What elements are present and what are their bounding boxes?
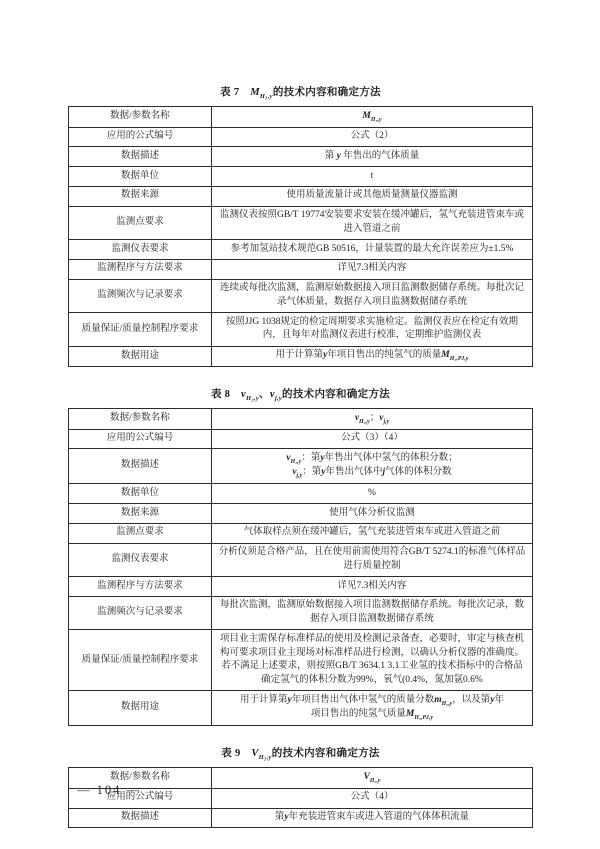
page-content: 表 7 MH₂,y的技术内容和确定方法数据/参数名称MH₂,y应用的公式编号公式… bbox=[0, 0, 600, 828]
math-variable: mH₂,y bbox=[434, 695, 452, 705]
row-value: 监测仪表按照GB/T 19774安装要求安装在缓冲罐后，氢气充装进管束车或进入管… bbox=[212, 206, 533, 240]
value-line: 每批次监测，监测原始数据接入项目监测数据储存系统。每批次记录，数据存入项目监测数… bbox=[217, 599, 527, 627]
math-variable: vj,y bbox=[292, 467, 302, 477]
row-label: 监测仪表要求 bbox=[69, 240, 212, 260]
table-row: 数据描述第 y 年售出的气体质量 bbox=[69, 147, 533, 167]
math-subscript: H₂,y bbox=[246, 395, 259, 402]
math-subscript: H₂,PJ,y bbox=[450, 356, 469, 362]
row-value: 公式（4） bbox=[212, 788, 533, 808]
math-variable: y bbox=[321, 467, 325, 477]
row-label: 监测频次与记录要求 bbox=[69, 279, 212, 313]
table-row: 监测仪表要求参考加氢站技术规范GB 50516，计量装置的最大允许误差应为±1.… bbox=[69, 240, 533, 260]
row-value: 按照JJG 1038规定的检定周期要求实施检定。监测仪表应在检定有效期内，且每年… bbox=[212, 313, 533, 347]
value-line: VH₂,y bbox=[217, 771, 527, 785]
value-line: 公式（4） bbox=[217, 791, 527, 805]
table-row: 监测点要求监测仪表按照GB/T 19774安装要求安装在缓冲罐后，氢气充装进管束… bbox=[69, 206, 533, 240]
math-variable: MH₂,y bbox=[362, 111, 381, 121]
math-variable: y bbox=[490, 695, 494, 705]
value-line: 用于计算第y年项目售出的纯氢气的质量MH₂,PJ,y bbox=[217, 349, 527, 363]
table-row: 数据来源使用气体分析仪监测 bbox=[69, 504, 533, 524]
table-row: 质量保证/质量控制程序要求按照JJG 1038规定的检定周期要求实施检定。监测仪… bbox=[69, 313, 533, 347]
table-row: 监测频次与记录要求连续或每批次监测，监测原始数据接入项目监测数据储存系统。每批次… bbox=[69, 279, 533, 313]
value-line: 公式（3）（4） bbox=[217, 432, 527, 446]
row-value: t bbox=[212, 167, 533, 187]
row-value: 详见7.3相关内容 bbox=[212, 259, 533, 279]
math-variable: y bbox=[323, 350, 327, 360]
math-subscript: H₂,y bbox=[442, 701, 453, 707]
row-value: 使用质量流量计或其他质量测量仪器监测 bbox=[212, 186, 533, 206]
math-variable: vH₂,y bbox=[241, 389, 259, 400]
table-8-title: 表 8 vH₂,y、vj,y的技术内容和确定方法 bbox=[68, 386, 533, 402]
table-row: 监测程序与方法要求详见7.3相关内容 bbox=[69, 577, 533, 597]
row-label: 监测程序与方法要求 bbox=[69, 259, 212, 279]
table-row: 数据描述第y年充装进管束车或进入管道的气体体积流量 bbox=[69, 808, 533, 828]
math-subscript: j,y bbox=[275, 395, 282, 402]
value-line: 气体取样点须在缓冲罐后，氢气充装进管束车或进入管道之前 bbox=[217, 526, 527, 540]
math-variable: y bbox=[337, 151, 341, 161]
value-line: vH₂,y；vj,y bbox=[217, 412, 527, 426]
row-label: 监测频次与记录要求 bbox=[69, 596, 212, 630]
value-line: 第y年充装进管束车或进入管道的气体体积流量 bbox=[217, 811, 527, 825]
row-label: 质量保证/质量控制程序要求 bbox=[69, 630, 212, 691]
row-label: 数据单位 bbox=[69, 167, 212, 187]
value-line: 连续或每批次监测，监测原始数据接入项目监测数据储存系统。每批次记录气体质量，数据… bbox=[217, 282, 527, 310]
tables-container: 表 7 MH₂,y的技术内容和确定方法数据/参数名称MH₂,y应用的公式编号公式… bbox=[68, 84, 533, 828]
row-value: 公式（2） bbox=[212, 127, 533, 147]
value-line: t bbox=[217, 170, 527, 184]
math-variable: y bbox=[320, 453, 324, 463]
table-row: 监测仪表要求分析仪须是合格产品，且在使用前需使用符合GB/T 5274.1的标准… bbox=[69, 543, 533, 577]
row-value: 参考加氢站技术规范GB 50516，计量装置的最大允许误差应为±1.5% bbox=[212, 240, 533, 260]
row-label: 数据/参数名称 bbox=[69, 107, 212, 127]
value-line: 使用气体分析仪监测 bbox=[217, 507, 527, 521]
math-variable: j bbox=[383, 467, 386, 477]
row-value: 公式（3）（4） bbox=[212, 429, 533, 449]
table-row: 应用的公式编号公式（2） bbox=[69, 127, 533, 147]
table-row: 数据单位% bbox=[69, 484, 533, 504]
row-label: 数据描述 bbox=[69, 808, 212, 828]
row-value: 详见7.3相关内容 bbox=[212, 577, 533, 597]
row-label: 监测仪表要求 bbox=[69, 543, 212, 577]
row-label: 数据单位 bbox=[69, 484, 212, 504]
table-row: 数据用途用于计算第y年项目售出的纯氢气的质量MH₂,PJ,y bbox=[69, 346, 533, 366]
table-8: 数据/参数名称vH₂,y；vj,y应用的公式编号公式（3）（4）数据描述vH₂,… bbox=[68, 408, 533, 726]
row-value: 气体取样点须在缓冲罐后，氢气充装进管束车或进入管道之前 bbox=[212, 523, 533, 543]
math-variable: VH₂,y bbox=[251, 748, 271, 759]
value-line: 详见7.3相关内容 bbox=[217, 580, 527, 594]
math-subscript: H₂,y bbox=[291, 459, 302, 465]
row-value: 每批次监测，监测原始数据接入项目监测数据储存系统。每批次记录，数据存入项目监测数… bbox=[212, 596, 533, 630]
table-row: 数据来源使用质量流量计或其他质量测量仪器监测 bbox=[69, 186, 533, 206]
table-8-block: 表 8 vH₂,y、vj,y的技术内容和确定方法数据/参数名称vH₂,y；vj,… bbox=[68, 386, 533, 726]
table-row: 数据用途用于计算第y年项目售出气体中氢气的质量分数mH₂,y，以及第y年项目售出… bbox=[69, 691, 533, 726]
math-subscript: j,y bbox=[297, 473, 303, 479]
page-number: — 104 — bbox=[77, 783, 141, 798]
value-line: 参考加氢站技术规范GB 50516，计量装置的最大允许误差应为±1.5% bbox=[217, 243, 527, 257]
value-line: MH₂,y bbox=[217, 110, 527, 124]
table-row: 质量保证/质量控制程序要求项目业主需保存标准样品的使用及检测记录备查，必要时，审… bbox=[69, 630, 533, 691]
math-variable: y bbox=[284, 812, 288, 822]
row-value: 用于计算第y年项目售出的纯氢气的质量MH₂,PJ,y bbox=[212, 346, 533, 366]
table-row: 数据单位t bbox=[69, 167, 533, 187]
value-line: 详见7.3相关内容 bbox=[217, 262, 527, 276]
value-line: 使用质量流量计或其他质量测量仪器监测 bbox=[217, 189, 527, 203]
row-value: MH₂,y bbox=[212, 107, 533, 127]
value-line: vj,y：第y年售出气体中j气体的体积分数 bbox=[217, 466, 527, 480]
row-value: 第 y 年售出的气体质量 bbox=[212, 147, 533, 167]
table-7-title: 表 7 MH₂,y的技术内容和确定方法 bbox=[68, 84, 533, 100]
row-value: 使用气体分析仪监测 bbox=[212, 504, 533, 524]
value-line: 分析仪须是合格产品，且在使用前需使用符合GB/T 5274.1的标准气体样品进行… bbox=[217, 546, 527, 574]
table-row: 数据描述vH₂,y：第y年售出气体中氢气的体积分数；vj,y：第y年售出气体中j… bbox=[69, 449, 533, 484]
row-value: 分析仪须是合格产品，且在使用前需使用符合GB/T 5274.1的标准气体样品进行… bbox=[212, 543, 533, 577]
math-variable: vj,y bbox=[379, 413, 389, 423]
math-subscript: H₂,y bbox=[371, 116, 382, 122]
row-label: 数据用途 bbox=[69, 346, 212, 366]
value-line: 项目售出的纯氢气质量MH₂,PJ,y bbox=[217, 708, 527, 722]
math-subscript: H₂,y bbox=[259, 754, 272, 761]
row-label: 数据来源 bbox=[69, 504, 212, 524]
math-variable: MH₂,PJ,y bbox=[441, 350, 468, 360]
row-label: 质量保证/质量控制程序要求 bbox=[69, 313, 212, 347]
value-line: 公式（2） bbox=[217, 130, 527, 144]
row-label: 应用的公式编号 bbox=[69, 127, 212, 147]
row-value: vH₂,y；vj,y bbox=[212, 409, 533, 429]
math-variable: vH₂,y bbox=[355, 413, 370, 423]
value-line: 按照JJG 1038规定的检定周期要求实施检定。监测仪表应在检定有效期内，且每年… bbox=[217, 316, 527, 344]
math-subscript: H₂,PJ,y bbox=[414, 715, 433, 721]
row-value: % bbox=[212, 484, 533, 504]
row-value: 第y年充装进管束车或进入管道的气体体积流量 bbox=[212, 808, 533, 828]
value-line: vH₂,y：第y年售出气体中氢气的体积分数； bbox=[217, 452, 527, 466]
table-row: 监测频次与记录要求每批次监测，监测原始数据接入项目监测数据储存系统。每批次记录，… bbox=[69, 596, 533, 630]
value-line: % bbox=[217, 487, 527, 501]
table-9-title: 表 9 VH₂,y的技术内容和确定方法 bbox=[68, 745, 533, 761]
row-value: 项目业主需保存标准样品的使用及检测记录备查，必要时，审定与核查机构可要求项目业主… bbox=[212, 630, 533, 691]
row-value: vH₂,y：第y年售出气体中氢气的体积分数；vj,y：第y年售出气体中j气体的体… bbox=[212, 449, 533, 484]
row-value: VH₂,y bbox=[212, 768, 533, 788]
row-value: 连续或每批次监测，监测原始数据接入项目监测数据储存系统。每批次记录气体质量，数据… bbox=[212, 279, 533, 313]
row-label: 数据用途 bbox=[69, 691, 212, 726]
row-label: 数据来源 bbox=[69, 186, 212, 206]
math-variable: MH₂,PJ,y bbox=[406, 709, 433, 719]
value-line: 监测仪表按照GB/T 19774安装要求安装在缓冲罐后，氢气充装进管束车或进入管… bbox=[217, 209, 527, 237]
math-subscript: H₂,y bbox=[359, 419, 370, 425]
math-subscript: H₂,y bbox=[370, 778, 381, 784]
table-7-block: 表 7 MH₂,y的技术内容和确定方法数据/参数名称MH₂,y应用的公式编号公式… bbox=[68, 84, 533, 367]
math-variable: VH₂,y bbox=[363, 772, 380, 782]
row-label: 监测程序与方法要求 bbox=[69, 577, 212, 597]
math-variable: MH₂,y bbox=[250, 87, 273, 98]
value-line: 项目业主需保存标准样品的使用及检测记录备查，必要时，审定与核查机构可要求项目业主… bbox=[217, 633, 527, 688]
row-label: 应用的公式编号 bbox=[69, 429, 212, 449]
row-label: 监测点要求 bbox=[69, 523, 212, 543]
table-row: 数据/参数名称MH₂,y bbox=[69, 107, 533, 127]
value-line: 第 y 年售出的气体质量 bbox=[217, 150, 527, 164]
table-row: 应用的公式编号公式（3）（4） bbox=[69, 429, 533, 449]
math-variable: vH₂,y bbox=[286, 453, 301, 463]
table-row: 监测点要求气体取样点须在缓冲罐后，氢气充装进管束车或进入管道之前 bbox=[69, 523, 533, 543]
row-label: 数据/参数名称 bbox=[69, 409, 212, 429]
row-label: 数据描述 bbox=[69, 147, 212, 167]
table-row: 数据/参数名称vH₂,y；vj,y bbox=[69, 409, 533, 429]
row-label: 数据描述 bbox=[69, 449, 212, 484]
math-variable: vj,y bbox=[270, 389, 282, 400]
row-label: 监测点要求 bbox=[69, 206, 212, 240]
math-subscript: j,y bbox=[383, 419, 389, 425]
document-page: 表 7 MH₂,y的技术内容和确定方法数据/参数名称MH₂,y应用的公式编号公式… bbox=[0, 0, 600, 849]
row-value: 用于计算第y年项目售出气体中氢气的质量分数mH₂,y，以及第y年项目售出的纯氢气… bbox=[212, 691, 533, 726]
table-7: 数据/参数名称MH₂,y应用的公式编号公式（2）数据描述第 y 年售出的气体质量… bbox=[68, 106, 533, 367]
table-row: 监测程序与方法要求详见7.3相关内容 bbox=[69, 259, 533, 279]
value-line: 用于计算第y年项目售出气体中氢气的质量分数mH₂,y，以及第y年 bbox=[217, 694, 527, 708]
math-subscript: H₂,y bbox=[260, 93, 273, 100]
math-variable: y bbox=[287, 695, 291, 705]
